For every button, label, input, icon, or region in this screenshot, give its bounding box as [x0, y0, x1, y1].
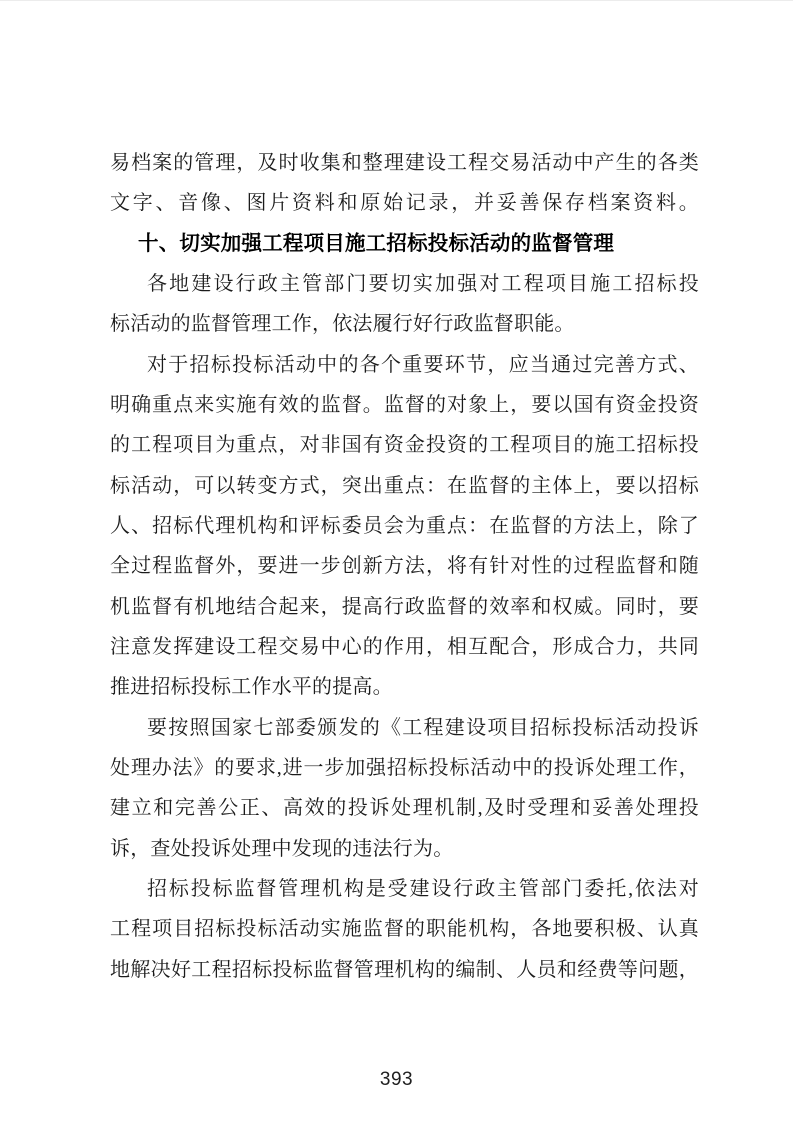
- section-heading: 十、切实加强工程项目施工招标投标活动的监督管理: [110, 224, 699, 264]
- text-line: 文字、音像、图片资料和原始记录，并妥善保存档案资料。: [110, 183, 699, 223]
- text-line: 标活动的监督管理工作，依法履行好行政监督职能。: [110, 304, 699, 344]
- page-footer: 393: [0, 1069, 793, 1091]
- text-line: 地解决好工程招标投标监督管理机构的编制、人员和经费等问题，: [110, 950, 699, 990]
- text-line: 机监督有机地结合起来，提高行政监督的效率和权威。同时，要: [110, 587, 699, 627]
- paragraph: 各地建设行政主管部门要切实加强对工程项目施工招标投 标活动的监督管理工作，依法履…: [110, 264, 699, 345]
- text-line: 推进招标投标工作水平的提高。: [110, 667, 699, 707]
- paragraph: 对于招标投标活动中的各个重要环节，应当通过完善方式、 明确重点来实施有效的监督。…: [110, 345, 699, 708]
- page-text-block: 易档案的管理，及时收集和整理建设工程交易活动中产生的各类 文字、音像、图片资料和…: [110, 143, 699, 990]
- text-line: 人、招标代理机构和评标委员会为重点：在监督的方法上，除了: [110, 506, 699, 546]
- text-line: 标活动，可以转变方式，突出重点：在监督的主体上，要以招标: [110, 466, 699, 506]
- text-line: 全过程监督外，要进一步创新方法，将有针对性的过程监督和随: [110, 546, 699, 586]
- text-line: 各地建设行政主管部门要切实加强对工程项目施工招标投: [110, 264, 699, 304]
- paragraph: 招标投标监督管理机构是受建设行政主管部门委托,依法对 工程项目招标投标活动实施监…: [110, 869, 699, 990]
- text-line: 工程项目招标投标活动实施监督的职能机构，各地要积极、认真: [110, 909, 699, 949]
- text-line: 招标投标监督管理机构是受建设行政主管部门委托,依法对: [110, 869, 699, 909]
- paragraph-continued: 易档案的管理，及时收集和整理建设工程交易活动中产生的各类 文字、音像、图片资料和…: [110, 143, 699, 224]
- document-page: 易档案的管理，及时收集和整理建设工程交易活动中产生的各类 文字、音像、图片资料和…: [0, 0, 793, 1122]
- text-line: 的工程项目为重点，对非国有资金投资的工程项目的施工招标投: [110, 425, 699, 465]
- text-line: 处理办法》的要求,进一步加强招标投标活动中的投诉处理工作，: [110, 748, 699, 788]
- text-line: 对于招标投标活动中的各个重要环节，应当通过完善方式、: [110, 345, 699, 385]
- text-line: 注意发挥建设工程交易中心的作用，相互配合，形成合力，共同: [110, 627, 699, 667]
- paragraph: 要按照国家七部委颁发的《工程建设项目招标投标活动投诉 处理办法》的要求,进一步加…: [110, 708, 699, 869]
- text-line: 易档案的管理，及时收集和整理建设工程交易活动中产生的各类: [110, 143, 699, 183]
- text-line: 诉，查处投诉处理中发现的违法行为。: [110, 829, 699, 869]
- page-number: 393: [380, 1069, 413, 1090]
- text-line: 要按照国家七部委颁发的《工程建设项目招标投标活动投诉: [110, 708, 699, 748]
- text-line: 建立和完善公正、高效的投诉处理机制,及时受理和妥善处理投: [110, 788, 699, 828]
- text-line: 明确重点来实施有效的监督。监督的对象上，要以国有资金投资: [110, 385, 699, 425]
